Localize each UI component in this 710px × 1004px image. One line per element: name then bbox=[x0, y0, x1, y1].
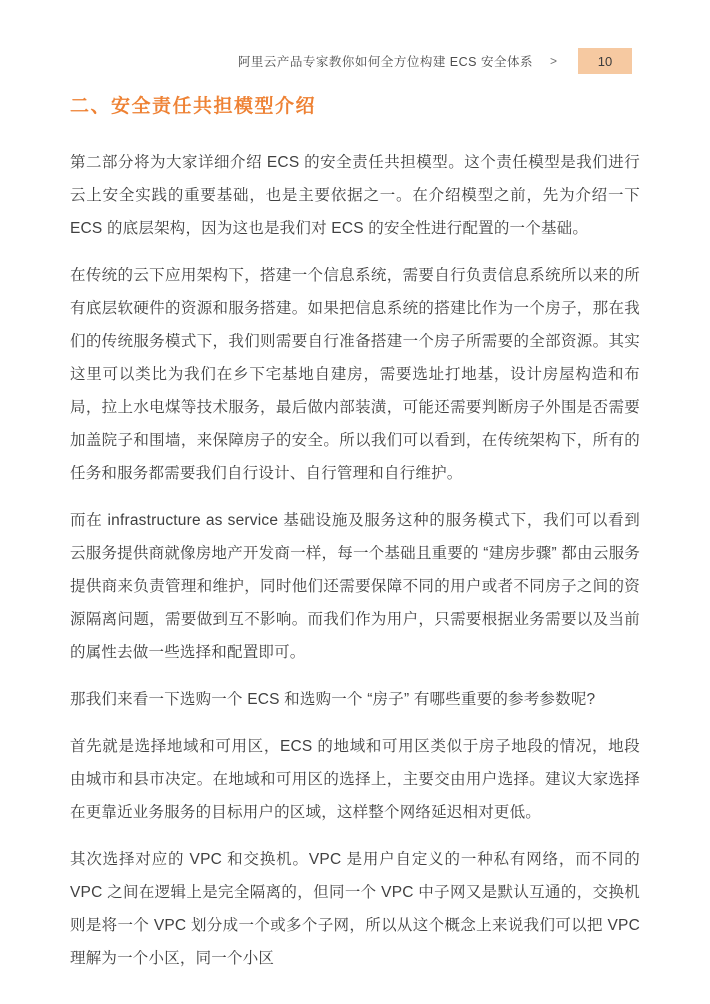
body-paragraph-4: 那我们来看一下选购一个 ECS 和选购一个 “房子” 有哪些重要的参考参数呢? bbox=[70, 683, 640, 716]
running-head-title: 阿里云产品专家教你如何全方位构建 ECS 安全体系 bbox=[238, 52, 533, 70]
body-paragraph-2: 在传统的云下应用架构下，搭建一个信息系统，需要自行负责信息系统所以来的所有底层软… bbox=[70, 259, 640, 490]
body-paragraph-5: 首先就是选择地域和可用区，ECS 的地域和可用区类似于房子地段的情况，地段由城市… bbox=[70, 730, 640, 829]
body-paragraph-6: 其次选择对应的 VPC 和交换机。VPC 是用户自定义的一种私有网络，而不同的 … bbox=[70, 843, 640, 975]
body-paragraph-1: 第二部分将为大家详细介绍 ECS 的安全责任共担模型。这个责任模型是我们进行云上… bbox=[70, 146, 640, 245]
body-paragraph-3: 而在 infrastructure as service 基础设施及服务这种的服… bbox=[70, 504, 640, 669]
body-content: 第二部分将为大家详细介绍 ECS 的安全责任共担模型。这个责任模型是我们进行云上… bbox=[70, 146, 640, 989]
page-number-badge: 10 bbox=[578, 48, 632, 74]
chevron-right-icon: > bbox=[550, 54, 557, 68]
page-header: 阿里云产品专家教你如何全方位构建 ECS 安全体系 > 10 bbox=[238, 48, 632, 74]
document-page: 阿里云产品专家教你如何全方位构建 ECS 安全体系 > 10 二、安全责任共担模… bbox=[0, 0, 710, 1004]
section-heading: 二、安全责任共担模型介绍 bbox=[70, 91, 316, 118]
